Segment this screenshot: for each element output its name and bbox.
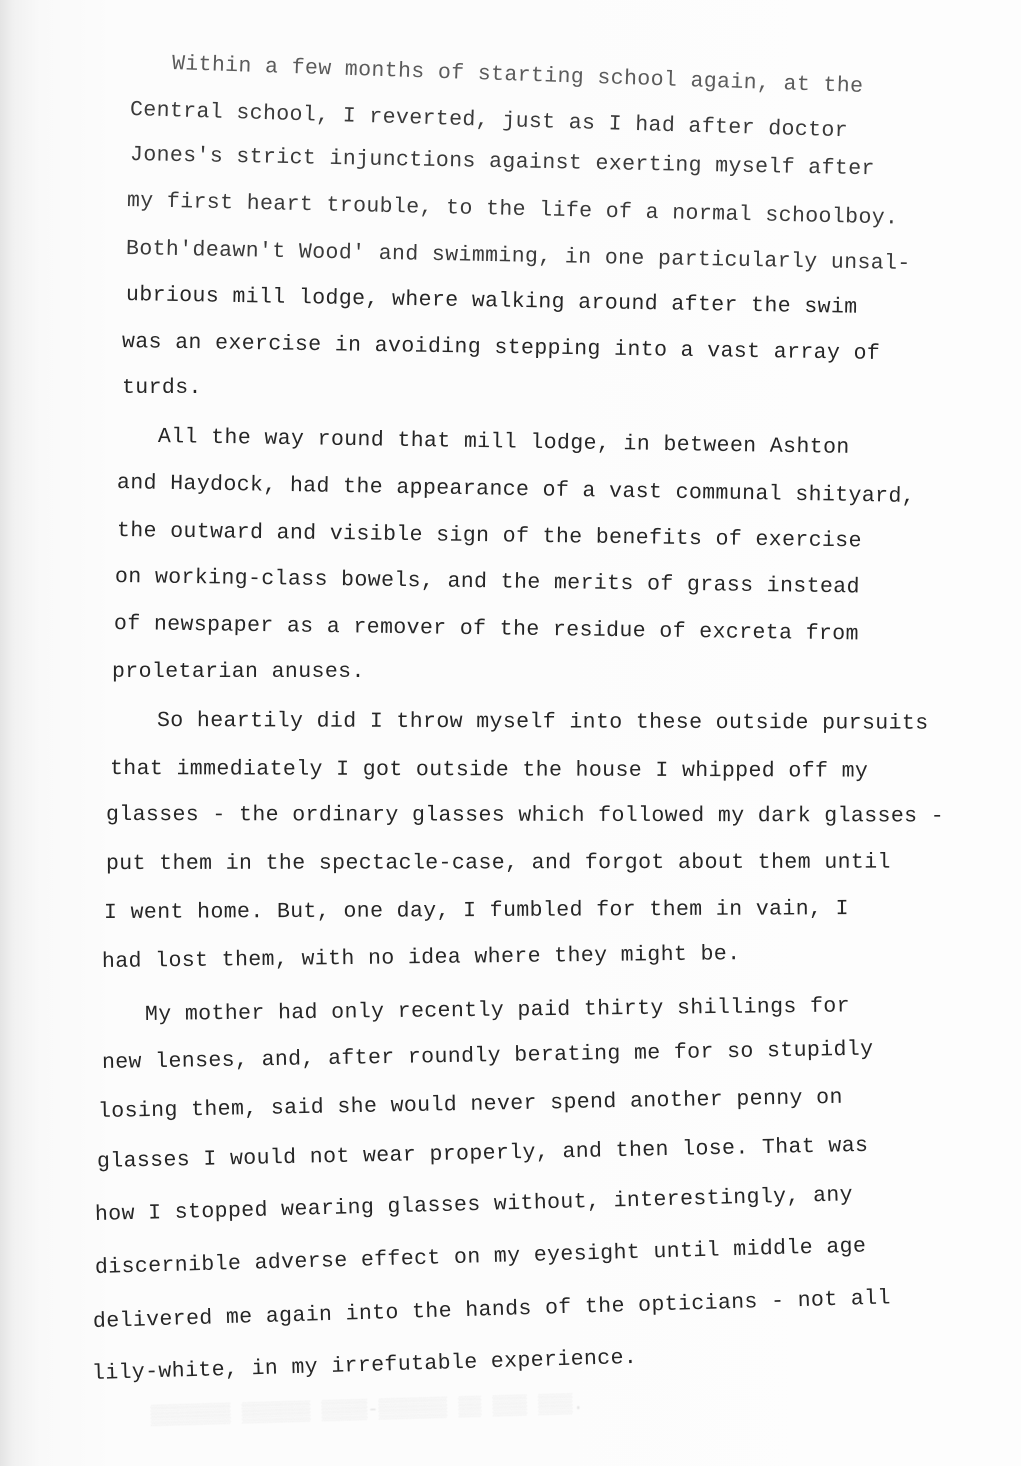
document-page: ▒▒▒▒▒▒▒ ▒▒▒▒▒▒ ▒▒▒▒-▒▒▒▒▒▒ ▒▒ ▒▒▒ ▒▒▒. W… bbox=[0, 0, 1021, 1466]
text-line: discernible adverse effect on my eyesigh… bbox=[95, 1234, 867, 1280]
text-line: My mother had only recently paid thirty … bbox=[145, 994, 850, 1027]
text-line: and Haydock, had the appearance of a vas… bbox=[117, 471, 915, 509]
text-line: losing them, said she would never spend … bbox=[98, 1086, 843, 1124]
text-line: Jones's strict injunctions against exert… bbox=[130, 143, 875, 181]
text-line: that immediately I got outside the house… bbox=[110, 757, 868, 784]
text-line: had lost them, with no idea where they m… bbox=[102, 942, 741, 974]
text-line: I went home. But, one day, I fumbled for… bbox=[104, 897, 849, 925]
text-line: on working-class bowels, and the merits … bbox=[115, 565, 860, 599]
text-line: glasses I would not wear properly, and t… bbox=[97, 1134, 869, 1174]
text-line: delivered me again into the hands of the… bbox=[93, 1286, 892, 1334]
text-line: Central school, I reverted, just as I ha… bbox=[130, 98, 849, 143]
text-line: Within a few months of starting school a… bbox=[172, 52, 864, 99]
text-line: how I stopped wearing glasses without, i… bbox=[95, 1183, 854, 1227]
text-line: the outward and visible sign of the bene… bbox=[117, 519, 862, 553]
text-line: So heartily did I throw myself into thes… bbox=[157, 709, 929, 736]
text-line: was an exercise in avoiding stepping int… bbox=[122, 330, 881, 366]
text-line: my first heart trouble, to the life of a… bbox=[127, 189, 899, 230]
text-line: new lenses, and, after roundly berating … bbox=[102, 1038, 874, 1075]
text-line: lily-white, in my irrefutable experience… bbox=[92, 1346, 638, 1386]
text-line: of newspaper as a remover of the residue… bbox=[114, 612, 859, 646]
text-line: put them in the spectacle-case, and forg… bbox=[106, 851, 891, 876]
text-line: glasses - the ordinary glasses which fol… bbox=[106, 803, 944, 828]
text-line: turds. bbox=[122, 376, 202, 400]
text-line: proletarian anuses. bbox=[112, 660, 365, 684]
text-line: Both'deawn't Wood' and swimming, in one … bbox=[126, 237, 911, 276]
text-line: ubrious mill lodge, where walking around… bbox=[126, 283, 858, 320]
text-line: All the way round that mill lodge, in be… bbox=[158, 425, 850, 460]
